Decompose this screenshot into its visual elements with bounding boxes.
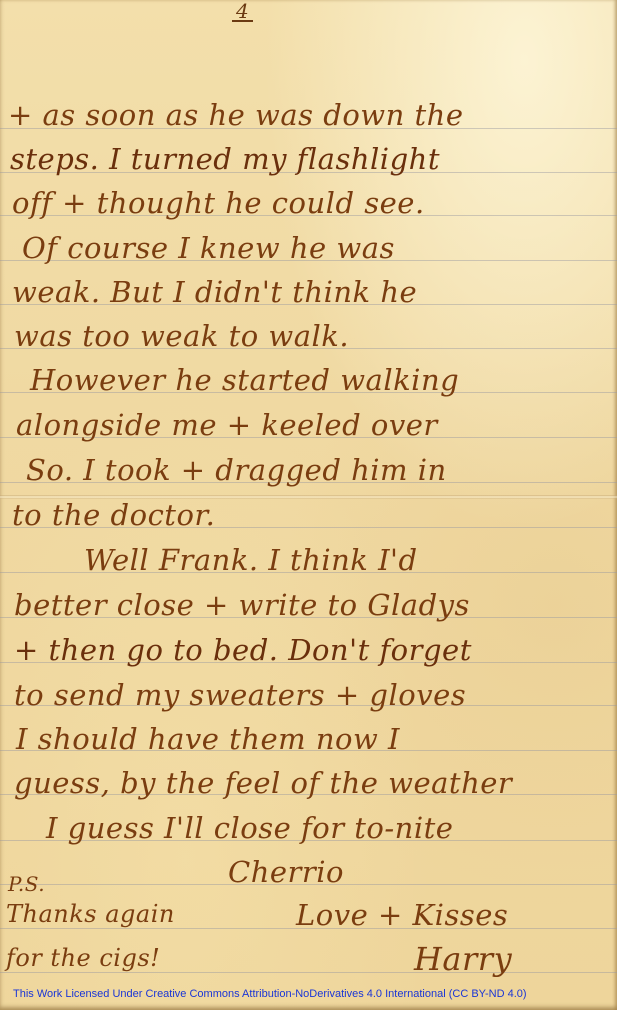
- letter-line: I should have them now I: [16, 722, 400, 756]
- letter-line: to send my sweaters + gloves: [14, 678, 466, 712]
- letter-page: 4 + as soon as he was down the steps. I …: [0, 0, 617, 1010]
- ruled-line: [0, 972, 617, 973]
- letter-line: weak. But I didn't think he: [12, 275, 417, 309]
- letter-line: alongside me + keeled over: [16, 408, 438, 442]
- license-notice: This Work Licensed Under Creative Common…: [13, 988, 527, 1000]
- letter-line: I guess I'll close for to-nite: [46, 811, 453, 845]
- letter-line: was too weak to walk.: [14, 319, 349, 353]
- postscript-label: P.S.: [8, 872, 45, 896]
- letter-line: off + thought he could see.: [12, 186, 425, 220]
- letter-line: Well Frank. I think I'd: [84, 543, 418, 577]
- letter-line: So. I took + dragged him in: [26, 453, 447, 487]
- letter-line: steps. I turned my flashlight: [10, 142, 440, 176]
- valediction: Love + Kisses: [296, 898, 508, 932]
- letter-line: + as soon as he was down the: [8, 98, 464, 132]
- letter-line: guess, by the feel of the weather: [14, 766, 512, 800]
- letter-closing: Cherrio: [228, 855, 344, 889]
- letter-line: + then go to bed. Don't forget: [14, 633, 472, 667]
- letter-line: Of course I knew he was: [22, 231, 395, 265]
- postscript-line: Thanks again: [6, 900, 175, 928]
- letter-line: to the doctor.: [12, 498, 215, 532]
- signature: Harry: [414, 940, 512, 978]
- letter-line: However he started walking: [30, 363, 459, 397]
- page-number: 4: [232, 2, 253, 22]
- letter-line: better close + write to Gladys: [14, 588, 470, 622]
- postscript-line: for the cigs!: [6, 944, 160, 972]
